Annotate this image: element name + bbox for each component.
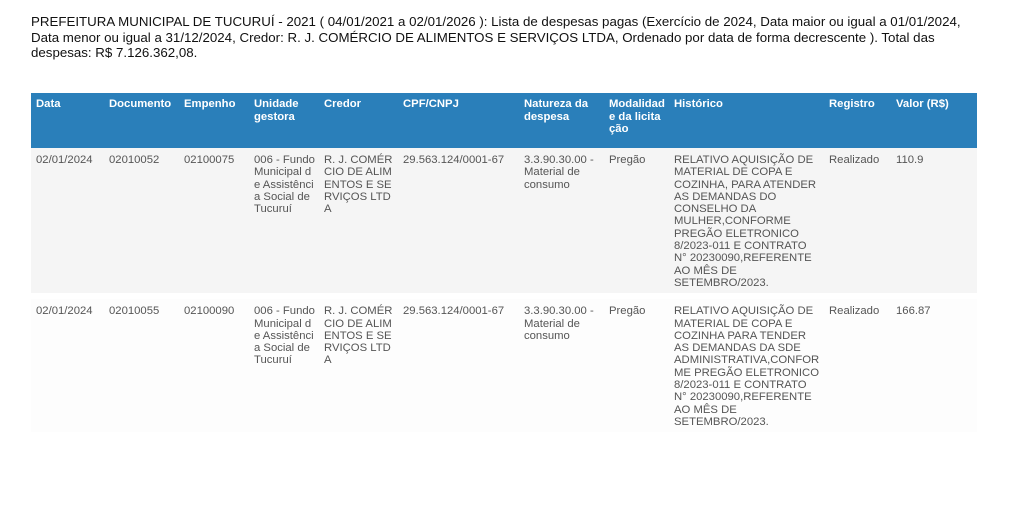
cell-registro: Realizado — [824, 148, 891, 296]
cell-historico: RELATIVO AQUISIÇÃO DE MATERIAL DE COPA E… — [669, 148, 824, 296]
cell-documento: 02010052 — [104, 148, 179, 296]
column-header-unidade-gestora[interactable]: Unidade gestora — [249, 93, 319, 148]
column-header-historico[interactable]: Histórico — [669, 93, 824, 148]
column-header-valor[interactable]: Valor (R$) — [891, 93, 977, 148]
cell-credor: R. J. COMÉRCIO DE ALIMENTOS E SERVIÇOS L… — [319, 296, 398, 432]
column-header-credor[interactable]: Credor — [319, 93, 398, 148]
column-header-cpf-cnpj[interactable]: CPF/CNPJ — [398, 93, 519, 148]
cell-natureza: 3.3.90.30.00 - Material de consumo — [519, 148, 604, 296]
table-header-row: Data Documento Empenho Unidade gestora C… — [31, 93, 977, 148]
report-title: PREFEITURA MUNICIPAL DE TUCURUÍ - 2021 (… — [31, 14, 981, 61]
cell-natureza: 3.3.90.30.00 - Material de consumo — [519, 296, 604, 432]
cell-historico: RELATIVO AQUISIÇÃO DE MATERIAL DE COPA E… — [669, 296, 824, 432]
cell-registro: Realizado — [824, 296, 891, 432]
column-header-empenho[interactable]: Empenho — [179, 93, 249, 148]
column-header-documento[interactable]: Documento — [104, 93, 179, 148]
column-header-registro[interactable]: Registro — [824, 93, 891, 148]
cell-valor: 110.9 — [891, 148, 977, 296]
expenses-table-container: Data Documento Empenho Unidade gestora C… — [31, 93, 977, 432]
cell-modalidade: Pregão — [604, 296, 669, 432]
column-header-natureza[interactable]: Natureza da despesa — [519, 93, 604, 148]
table-row: 02/01/2024 02010052 02100075 006 - Fundo… — [31, 148, 977, 296]
cell-data: 02/01/2024 — [31, 148, 104, 296]
cell-empenho: 02100090 — [179, 296, 249, 432]
table-row: 02/01/2024 02010055 02100090 006 - Fundo… — [31, 296, 977, 432]
cell-empenho: 02100075 — [179, 148, 249, 296]
cell-valor: 166.87 — [891, 296, 977, 432]
cell-modalidade: Pregão — [604, 148, 669, 296]
cell-data: 02/01/2024 — [31, 296, 104, 432]
cell-cpf-cnpj: 29.563.124/0001-67 — [398, 148, 519, 296]
expenses-table: Data Documento Empenho Unidade gestora C… — [31, 93, 977, 432]
cell-credor: R. J. COMÉRCIO DE ALIMENTOS E SERVIÇOS L… — [319, 148, 398, 296]
cell-unidade-gestora: 006 - Fundo Municipal de Assistência Soc… — [249, 148, 319, 296]
column-header-modalidade[interactable]: Modalidade da licitação — [604, 93, 669, 148]
cell-cpf-cnpj: 29.563.124/0001-67 — [398, 296, 519, 432]
cell-documento: 02010055 — [104, 296, 179, 432]
column-header-data[interactable]: Data — [31, 93, 104, 148]
cell-unidade-gestora: 006 - Fundo Municipal de Assistência Soc… — [249, 296, 319, 432]
